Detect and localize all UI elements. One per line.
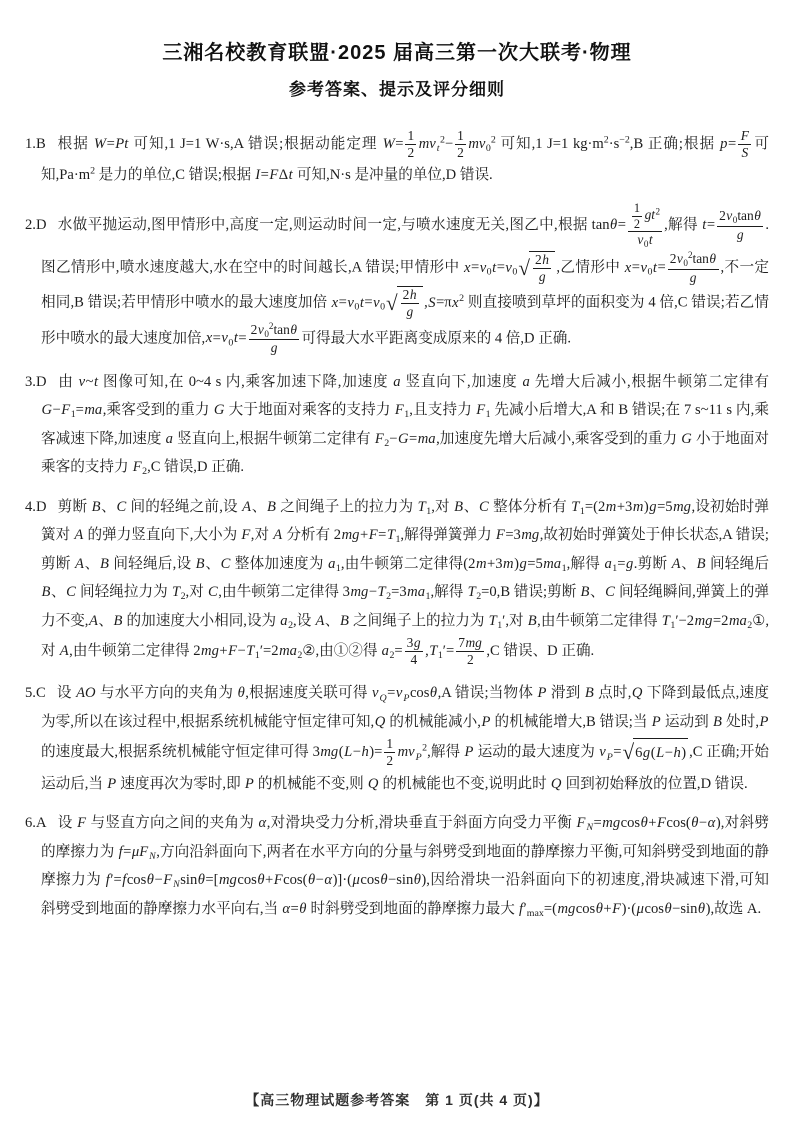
math-variable: A (74, 527, 84, 543)
subscript: 1 (438, 650, 443, 661)
answer-item-2: 2.D水做平抛运动,图甲情形中,高度一定,则运动时间一定,与喷水速度无关,图乙中… (25, 201, 769, 357)
math-variable: B (267, 499, 277, 515)
math-variable: v (395, 685, 402, 701)
math-variable: A (88, 613, 98, 629)
math-variable: mg (673, 499, 692, 515)
fraction-numerator: 7mg (456, 635, 484, 652)
radicand: 6g(L−h) (633, 738, 688, 767)
math-variable: ma (728, 613, 747, 629)
answer-label: 4.D (25, 499, 47, 515)
math-variable: θ (380, 872, 388, 888)
answer-item-1: 1.B根据 W=Pt 可知,1 J=1 W·s,A 错误;根据动能定理 W=12… (25, 128, 769, 190)
math-variable: mg (694, 613, 713, 629)
subscript: 1 (395, 534, 400, 545)
answer-item-3: 3.D由 v~t 图像可知,在 0~4 s 内,乘客加速下降,加速度 a 竖直向… (25, 368, 769, 482)
math-sqrt: √2hg (518, 251, 555, 285)
math-variable: N (149, 851, 157, 862)
math-variable: A (242, 499, 252, 515)
math-variable: B (41, 584, 51, 600)
answer-label: 3.D (25, 374, 47, 390)
math-variable: h (361, 744, 369, 760)
fraction-numerator: 1 (405, 128, 416, 145)
math-variable: B (195, 556, 205, 572)
math-variable: mv (468, 136, 486, 152)
fraction-numerator: 2v02tanθ (668, 250, 719, 270)
math-variable: gt (644, 207, 655, 222)
math-variable: h (542, 252, 550, 267)
math-variable: v (726, 208, 733, 223)
math-variable: θ (197, 872, 205, 888)
subscript: P (606, 752, 613, 763)
subscript: 1 (612, 563, 617, 574)
math-variable: F (374, 431, 384, 447)
document-page: 三湘名校教育联盟·2025 届高三第一次大联考·物理 参考答案、提示及评分细则 … (0, 0, 794, 1123)
answer-label: 2.D (25, 217, 47, 233)
math-variable: m (503, 556, 515, 572)
math-variable: v (373, 295, 380, 311)
math-variable: α (258, 815, 267, 831)
math-variable: g (625, 556, 633, 572)
math-fraction: 2hg (401, 287, 419, 320)
superscript: 2 (422, 743, 427, 754)
fraction-numerator: 12gt2 (628, 201, 662, 233)
math-variable: C (208, 584, 219, 600)
math-variable: v (479, 260, 486, 276)
math-variable: mg (521, 527, 540, 543)
math-variable: B (696, 556, 706, 572)
subscript: 2 (386, 591, 391, 602)
fraction-numerator: 1 (632, 201, 642, 217)
math-variable: t (648, 232, 653, 247)
math-variable: mg (320, 744, 339, 760)
math-variable: g (736, 227, 744, 242)
math-variable: x (331, 295, 338, 311)
math-fraction: 12 (384, 736, 395, 769)
math-variable: mg (465, 635, 482, 650)
subscript: 1 (497, 620, 502, 631)
math-variable: G (397, 431, 409, 447)
math-variable: θ (257, 872, 265, 888)
math-variable: P (606, 752, 613, 763)
subscript: 0 (487, 267, 492, 278)
math-variable: g (270, 340, 278, 355)
math-variable: S (428, 295, 436, 311)
fraction-denominator: g (404, 304, 416, 320)
math-variable: ma (417, 431, 436, 447)
radicand: 2hg (397, 286, 423, 320)
math-variable: ma (279, 643, 298, 659)
math-variable: h (409, 287, 417, 302)
subscript: 1 (580, 506, 585, 517)
math-variable: mg (557, 901, 576, 917)
math-variable: T (571, 499, 580, 515)
math-variable: θ (413, 872, 421, 888)
math-variable: θ (146, 872, 154, 888)
math-variable: v (372, 685, 379, 701)
fraction-denominator: 4 (408, 652, 419, 668)
math-variable: T (246, 643, 255, 659)
math-variable: B (339, 613, 349, 629)
fraction-denominator: v0t (635, 232, 655, 250)
subscript: 2 (384, 438, 389, 449)
math-variable: θ (429, 685, 437, 701)
math-variable: F (368, 527, 378, 543)
subscript: 2 (142, 466, 147, 477)
math-variable: mv (418, 136, 436, 152)
math-variable: T (429, 643, 438, 659)
math-variable: a (522, 374, 530, 390)
page-content: 三湘名校教育联盟·2025 届高三第一次大联考·物理 参考答案、提示及评分细则 … (0, 0, 794, 923)
subscript: 1 (71, 409, 76, 420)
math-variable: W (93, 136, 106, 152)
math-variable: ma (84, 402, 103, 418)
math-variable: x (205, 330, 212, 346)
math-variable: t (702, 217, 707, 233)
math-fraction: 12 (405, 128, 416, 161)
page-footer: 【高三物理试题参考答案 第 1 页(共 4 页)】 (0, 1090, 794, 1110)
math-variable: t (93, 374, 98, 390)
superscript: 2 (90, 166, 95, 177)
subscript: 0 (380, 302, 385, 313)
fraction-numerator: 2h (401, 287, 419, 304)
subscript: 2 (389, 650, 394, 661)
math-variable: F (476, 402, 486, 418)
doc-subtitle: 参考答案、提示及评分细则 (25, 75, 769, 100)
fraction-denominator: 2 (384, 753, 395, 769)
fraction-denominator: g (268, 340, 280, 356)
math-variable: A (671, 556, 681, 572)
fraction-numerator: 2v02tanθ (249, 321, 300, 341)
math-variable: m (632, 499, 644, 515)
math-variable: C (479, 499, 490, 515)
superscript: 2 (459, 293, 464, 304)
fraction-numerator: 1 (384, 736, 395, 753)
math-variable: p (720, 136, 728, 152)
math-variable: g (406, 304, 414, 319)
superscript: 2 (269, 321, 274, 331)
math-fraction: 12gt2v0t (628, 201, 662, 251)
math-variable: P (651, 714, 661, 730)
subscript: 2 (476, 591, 481, 602)
math-variable: S (741, 145, 749, 160)
math-sqrt: √2hg (386, 286, 423, 320)
superscript: −2 (619, 135, 630, 146)
math-variable: t (233, 330, 238, 346)
math-fraction: 3g4 (405, 635, 423, 668)
subscript: Q (379, 693, 387, 704)
radicand: 2hg (529, 251, 555, 285)
math-variable: G (41, 402, 53, 418)
fraction-numerator: 1 (455, 128, 466, 145)
math-variable: G (213, 402, 225, 418)
fraction-denominator: S (739, 145, 751, 161)
math-variable: t (492, 260, 497, 276)
math-variable: F (576, 815, 586, 831)
math-variable: θ (595, 901, 603, 917)
math-fraction: 2v02tanθg (249, 321, 300, 357)
doc-title: 三湘名校教育联盟·2025 届高三第一次大联考·物理 (25, 36, 769, 65)
math-variable: P (403, 693, 410, 704)
math-variable: v (78, 374, 85, 390)
fraction-denominator: g (536, 269, 548, 285)
math-variable: α (324, 872, 333, 888)
math-variable: v (637, 232, 644, 247)
math-variable: θ (754, 208, 762, 223)
subscript: 1 (486, 409, 491, 420)
math-variable: mg (201, 643, 220, 659)
fraction-numerator: 2h (533, 252, 551, 269)
math-variable: P (481, 714, 491, 730)
math-variable: B (91, 499, 101, 515)
answer-list: 1.B根据 W=Pt 可知,1 J=1 W·s,A 错误;根据动能定理 W=12… (25, 128, 769, 923)
math-variable: F (657, 815, 667, 831)
math-variable: T (661, 613, 670, 629)
answer-label: 5.C (25, 685, 46, 701)
math-variable: μF (131, 844, 148, 860)
math-variable: G (681, 431, 693, 447)
math-variable: N (173, 879, 181, 890)
subscript: max (527, 908, 544, 919)
math-variable: A (273, 527, 283, 543)
superscript: 2 (440, 135, 445, 146)
math-variable: P (244, 776, 254, 792)
math-variable: θ (691, 815, 699, 831)
subscript: 1 (426, 591, 431, 602)
fraction-denominator: 2 (455, 145, 466, 161)
fraction-numerator: F (738, 128, 751, 145)
math-variable: Q (374, 714, 386, 730)
math-variable: ma (407, 584, 426, 600)
math-variable: Pt (115, 136, 129, 152)
subscript: 0 (733, 215, 738, 225)
fraction-denominator: g (687, 270, 699, 286)
subscript: N (173, 879, 181, 890)
math-variable: F (61, 402, 71, 418)
math-variable: t (652, 260, 657, 276)
math-variable: P (759, 714, 769, 730)
math-variable: mv (397, 744, 415, 760)
math-variable: θ (697, 901, 705, 917)
math-variable: L (344, 744, 353, 760)
math-variable: θ (610, 217, 618, 233)
math-fraction: 12 (632, 201, 642, 232)
fraction-numerator: 3g (405, 635, 423, 652)
subscript: 1 (255, 650, 260, 661)
math-variable: A (75, 556, 85, 572)
math-variable: f (105, 872, 110, 888)
math-variable: F (132, 459, 142, 475)
math-variable: F (612, 901, 622, 917)
math-variable: B (527, 613, 537, 629)
math-variable: L (656, 739, 665, 767)
math-variable: T (171, 584, 180, 600)
math-variable: N (586, 822, 594, 833)
subscript: 1 (670, 620, 675, 631)
superscript: 2 (656, 206, 661, 216)
answer-item-6: 6.A设 F 与竖直方向之间的夹角为 α,对滑块受力分析,滑块垂直于斜面方向受力… (25, 809, 769, 923)
math-variable: F (163, 872, 173, 888)
math-variable: AO (76, 685, 96, 701)
subscript: 1 (426, 506, 431, 517)
fraction-denominator: 2 (405, 145, 416, 161)
answer-label: 6.A (25, 815, 47, 831)
math-variable: F (740, 128, 749, 143)
subscript: 0 (512, 267, 517, 278)
fraction-denominator: 2 (632, 217, 642, 232)
math-fraction: 2v0tanθg (717, 208, 763, 243)
math-fraction: 7mg2 (456, 635, 484, 668)
math-variable: B (584, 685, 594, 701)
subscript: 1 (336, 563, 341, 574)
math-variable: Q (379, 693, 387, 704)
math-variable: θ (709, 251, 717, 266)
subscript: 2 (297, 650, 302, 661)
math-variable: α (707, 815, 716, 831)
math-variable: P (107, 776, 117, 792)
math-variable: t (288, 167, 293, 183)
math-variable: θ (290, 322, 298, 337)
math-variable: B (113, 613, 123, 629)
answer-label: 1.B (25, 136, 46, 152)
superscript: 2 (604, 135, 609, 146)
math-variable: F (269, 167, 279, 183)
superscript: 2 (491, 135, 496, 146)
math-variable: C (66, 584, 77, 600)
math-variable: C (605, 584, 616, 600)
math-variable: C (116, 499, 127, 515)
math-variable: mg (341, 527, 360, 543)
math-variable: a (328, 556, 336, 572)
math-variable: a (280, 613, 288, 629)
math-variable: h (673, 739, 681, 767)
math-variable: B (100, 556, 110, 572)
superscript: 2 (688, 250, 693, 260)
math-variable: I (255, 167, 261, 183)
math-variable: Q (367, 776, 379, 792)
math-variable: T (467, 584, 476, 600)
subscript: N (149, 851, 157, 862)
fraction-denominator: g (734, 227, 746, 243)
math-sqrt: √6g(L−h) (623, 738, 689, 767)
answer-item-4: 4.D剪断 B、C 间的轻绳之前,设 A、B 之间绳子上的拉力为 T1,对 B、… (25, 493, 769, 669)
subscript: 1 (404, 409, 409, 420)
subscript: 2 (181, 591, 186, 602)
math-variable: A (315, 613, 325, 629)
math-variable: f (122, 872, 127, 888)
math-variable: x (624, 260, 631, 276)
math-variable: A (59, 643, 69, 659)
math-variable: α (282, 901, 291, 917)
fraction-numerator: 2v0tanθ (717, 208, 763, 227)
math-variable: a (393, 374, 401, 390)
math-fraction: 2v02tanθg (668, 250, 719, 286)
math-variable: Q (550, 776, 562, 792)
math-variable: mg (219, 872, 238, 888)
math-variable: B (712, 714, 722, 730)
math-variable: θ (640, 815, 648, 831)
subscript: 2 (288, 620, 293, 631)
math-variable: m (475, 556, 487, 572)
math-fraction: FS (738, 128, 751, 161)
math-variable: mg (602, 815, 621, 831)
math-variable: m (605, 499, 617, 515)
math-variable: f (519, 901, 524, 917)
math-variable: g (519, 556, 527, 572)
math-variable: ma (543, 556, 562, 572)
math-variable: B (454, 499, 464, 515)
math-variable: B (580, 584, 590, 600)
math-variable: mg (350, 584, 369, 600)
math-variable: F (394, 402, 404, 418)
math-variable: T (488, 613, 497, 629)
math-variable: C (220, 556, 231, 572)
math-variable: t (359, 295, 364, 311)
math-variable: g (538, 269, 546, 284)
subscript: 1 (562, 563, 567, 574)
math-variable: F (495, 527, 505, 543)
subscript: N (586, 822, 594, 833)
math-variable: θ (299, 901, 307, 917)
math-variable: g (649, 499, 657, 515)
math-variable: θ (237, 685, 245, 701)
math-fraction: 12 (455, 128, 466, 161)
subscript: 2 (747, 620, 752, 631)
math-variable: θ (307, 872, 315, 888)
math-variable: g (413, 635, 421, 650)
math-variable: T (377, 584, 386, 600)
fraction-denominator: 2 (465, 652, 476, 668)
math-variable: μ (636, 901, 644, 917)
math-fraction: 2hg (533, 252, 551, 285)
subscript: P (403, 693, 410, 704)
math-variable: W (382, 136, 395, 152)
math-variable: x (463, 260, 470, 276)
math-variable: P (464, 744, 474, 760)
math-variable: F (77, 815, 87, 831)
math-variable: θ (664, 901, 672, 917)
answer-item-5: 5.C设 AO 与水平方向的夹角为 θ,根据速度关联可得 vQ=vPcosθ,A… (25, 679, 769, 798)
math-variable: F (241, 527, 251, 543)
math-variable: T (417, 499, 426, 515)
math-variable: g (642, 739, 650, 767)
math-variable: a (165, 431, 173, 447)
math-variable: F (273, 872, 283, 888)
math-variable: μ (352, 872, 360, 888)
math-variable: Q (631, 685, 643, 701)
math-variable: f (118, 844, 123, 860)
math-variable: F (228, 643, 238, 659)
math-variable: P (537, 685, 547, 701)
math-variable: g (689, 270, 697, 285)
